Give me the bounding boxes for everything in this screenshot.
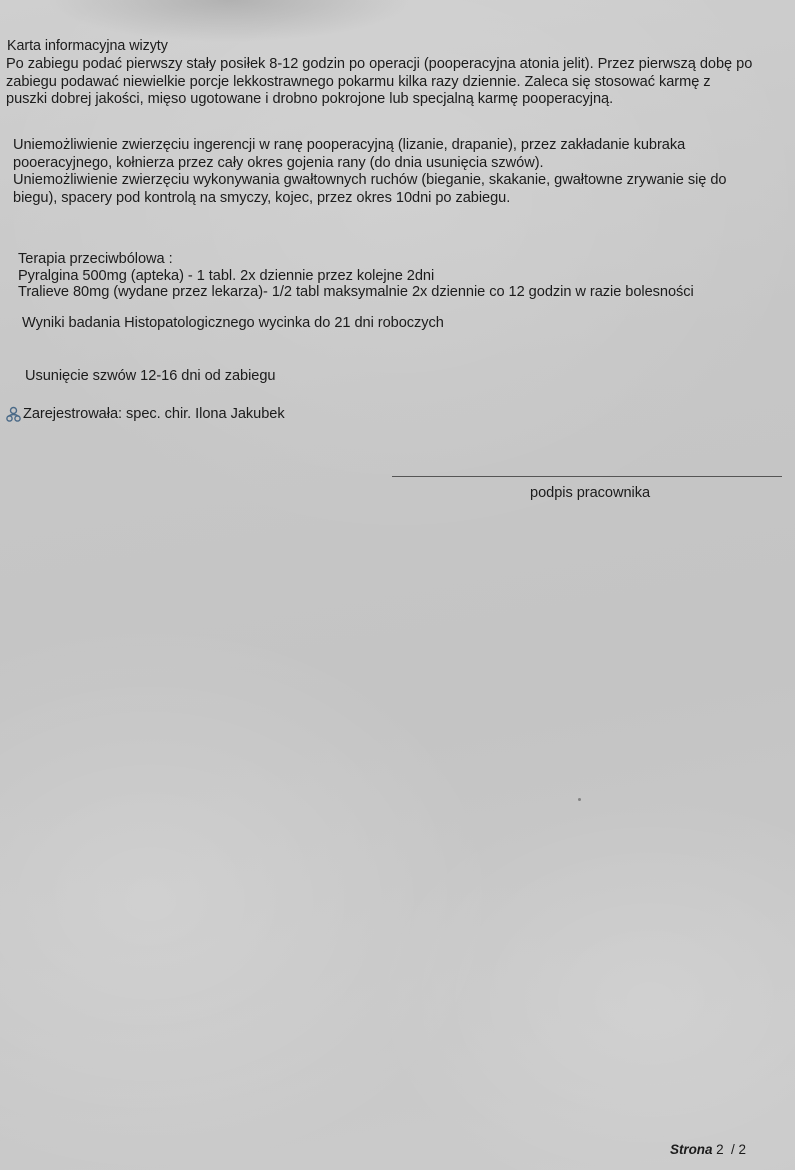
paper-speck	[578, 798, 581, 801]
paragraph-line: pooeracyjnego, kołnierza przez cały okre…	[13, 155, 726, 173]
paragraph-line: Uniemożliwienie zwierzęciu wykonywania g…	[13, 172, 726, 190]
histopathology-note: Wyniki badania Histopatologicznego wycin…	[22, 315, 444, 332]
paragraph-line: biegu), spacery pod kontrolą na smyczy, …	[13, 190, 726, 208]
suture-removal-note: Usunięcie szwów 12-16 dni od zabiegu	[25, 368, 276, 385]
page-label: Strona	[670, 1142, 712, 1157]
paragraph-line: Po zabiegu podać pierwszy stały posiłek …	[6, 56, 752, 74]
paragraph-line: puszki dobrej jakości, mięso ugotowane i…	[6, 91, 752, 109]
wound-care-instructions: Uniemożliwienie zwierzęciu ingerencji w …	[13, 137, 726, 207]
therapy-line: Pyralgina 500mg (apteka) - 1 tabl. 2x dz…	[18, 268, 694, 285]
feeding-instructions: Po zabiegu podać pierwszy stały posiłek …	[6, 56, 752, 109]
page-current: 2	[716, 1142, 723, 1157]
document-page: Karta informacyjna wizyty Po zabiegu pod…	[0, 0, 795, 1170]
registered-by-text: Zarejestrowała: spec. chir. Ilona Jakube…	[23, 406, 285, 423]
paragraph-line: Uniemożliwienie zwierzęciu ingerencji w …	[13, 137, 726, 155]
signature-label: podpis pracownika	[530, 485, 650, 502]
signature-line	[392, 476, 782, 477]
document-title: Karta informacyjna wizyty	[7, 38, 168, 55]
pain-therapy-section: Terapia przeciwbólowa : Pyralgina 500mg …	[18, 251, 694, 301]
page-number: Strona 2 / 2	[670, 1141, 746, 1158]
page-total: / 2	[731, 1142, 746, 1157]
therapy-line: Tralieve 80mg (wydane przez lekarza)- 1/…	[18, 284, 694, 301]
paragraph-line: zabiegu podawać niewielkie porcje lekkos…	[6, 74, 752, 92]
registered-by: Zarejestrowała: spec. chir. Ilona Jakube…	[5, 406, 285, 423]
users-icon	[5, 406, 22, 423]
therapy-heading: Terapia przeciwbólowa :	[18, 251, 694, 268]
